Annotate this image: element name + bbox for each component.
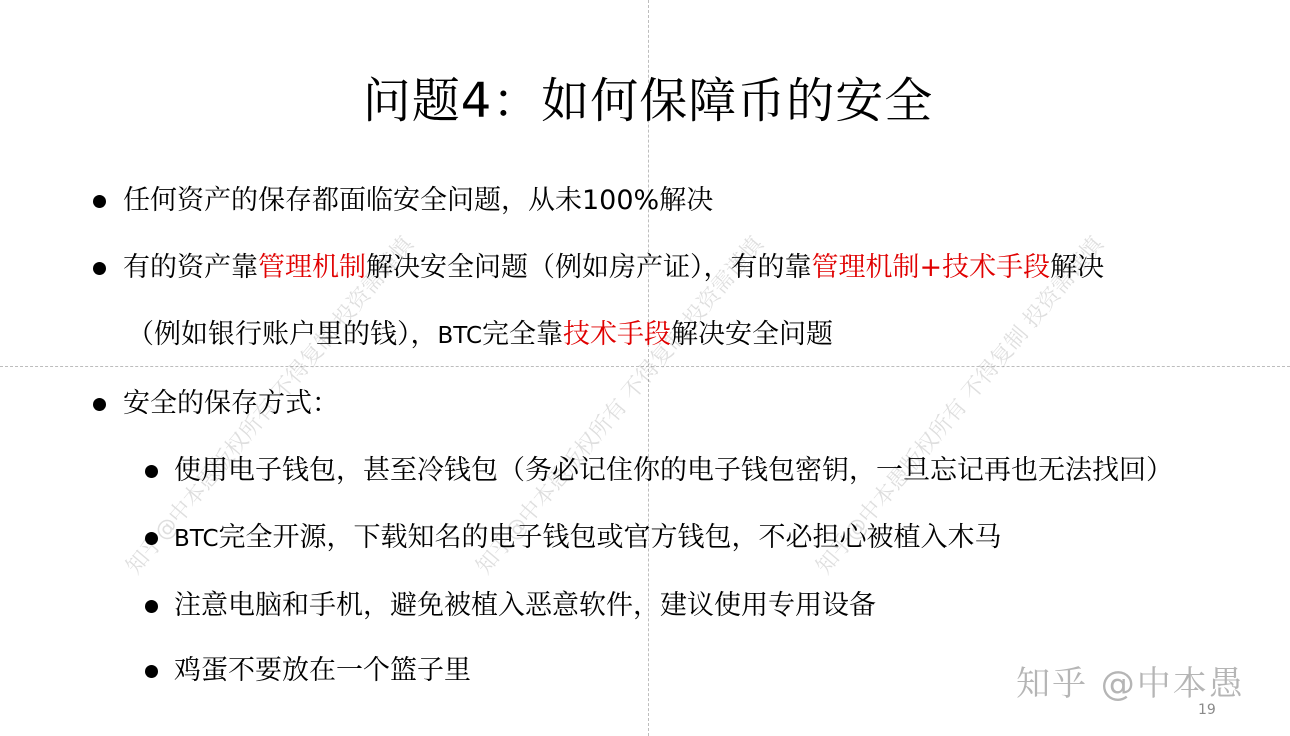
text-segment: 使用电子钱包，甚至冷钱包（务必记住你的电子钱包密钥，一旦忘记再也无法找回） — [174, 455, 1173, 486]
bullet-text: 任何资产的保存都面临安全问题，从未100%解决 — [123, 181, 713, 221]
highlighted-text: 技术手段 — [563, 319, 671, 350]
text-segment: BTC — [174, 526, 219, 552]
slide: 知乎@中本愚版权所有 不得复制 投资需谨慎 知乎@中本愚版权所有 不得复制 投资… — [0, 0, 1290, 736]
text-segment: 完全开源，下载知名的电子钱包或官方钱包，不必担心被植入木马 — [219, 522, 1002, 553]
sub-bullet-icon — [145, 600, 158, 613]
text-segment: 鸡蛋不要放在一个篮子里 — [174, 655, 471, 686]
text-segment: 任何资产的保存都面临安全问题，从未100%解决 — [123, 185, 713, 216]
highlighted-text: 管理机制 — [258, 252, 366, 283]
sub-bullet-text: 使用电子钱包，甚至冷钱包（务必记住你的电子钱包密钥，一旦忘记再也无法找回） — [174, 451, 1173, 491]
text-segment: （例如银行账户里的钱）， — [127, 319, 438, 350]
text-segment: 完全靠 — [482, 319, 563, 350]
sub-bullet-icon — [145, 532, 158, 545]
highlighted-text: 管理机制+技术手段 — [812, 252, 1051, 283]
bullet-continuation-text: （例如银行账户里的钱），BTC完全靠技术手段解决安全问题 — [127, 315, 833, 356]
sub-bullet-text: 鸡蛋不要放在一个篮子里 — [174, 651, 471, 691]
sub-bullet-text: BTC完全开源，下载知名的电子钱包或官方钱包，不必担心被植入木马 — [174, 518, 1002, 559]
slide-title: 问题4：如何保障币的安全 — [0, 68, 1290, 134]
bullet-text: 安全的保存方式： — [123, 384, 339, 424]
sub-bullet-icon — [145, 465, 158, 478]
sub-bullet-text: 注意电脑和手机，避免被植入恶意软件，建议使用专用设备 — [174, 586, 876, 626]
brand-watermark: 知乎 @中本愚 — [1016, 662, 1245, 706]
sub-bullet-icon — [145, 665, 158, 678]
page-number: 19 — [1198, 702, 1216, 718]
text-segment: BTC — [438, 323, 483, 349]
bullet-text: 有的资产靠管理机制解决安全问题（例如房产证），有的靠管理机制+技术手段解决 — [123, 248, 1104, 288]
text-segment: 解决安全问题（例如房产证），有的靠 — [366, 252, 812, 283]
text-segment: 安全的保存方式： — [123, 388, 339, 419]
bullet-icon — [93, 262, 106, 275]
text-segment: 解决安全问题 — [671, 319, 833, 350]
text-segment: 有的资产靠 — [123, 252, 258, 283]
text-segment: 注意电脑和手机，避免被植入恶意软件，建议使用专用设备 — [174, 590, 876, 621]
text-segment: 解决 — [1050, 252, 1104, 283]
bullet-icon — [93, 398, 106, 411]
bullet-icon — [93, 195, 106, 208]
